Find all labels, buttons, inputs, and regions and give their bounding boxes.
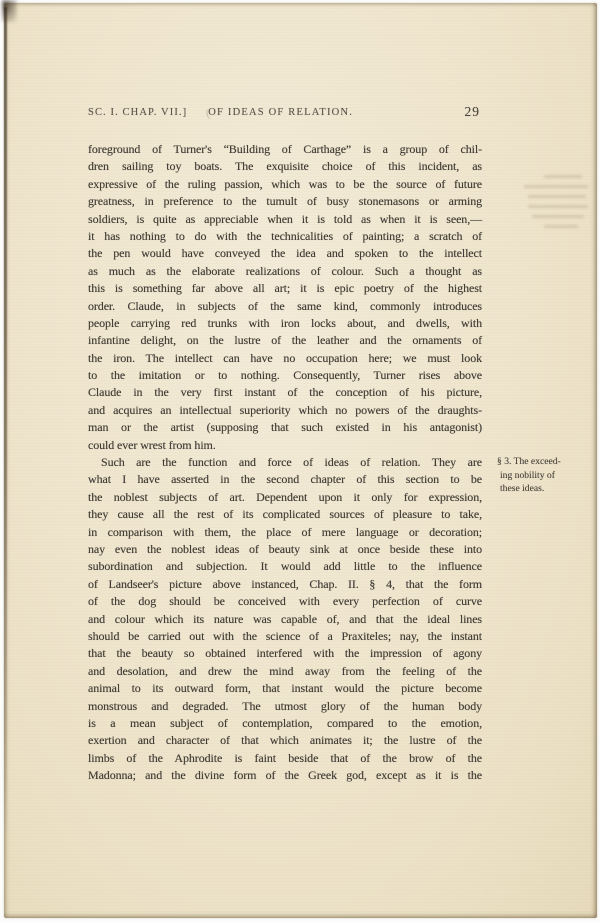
text-line: it has nothing to do with the technicali… bbox=[88, 228, 482, 245]
text-line: nay even the noblest ideas of beauty sin… bbox=[88, 541, 482, 558]
text-line: to the imitation or to nothing. Conseque… bbox=[88, 367, 482, 384]
text-line: what I have asserted in the second chapt… bbox=[88, 471, 482, 488]
text-line: greatness, in preference to the tumult o… bbox=[88, 193, 482, 210]
text-line: as much as the elaborate realizations of… bbox=[88, 263, 482, 280]
text-line: subordination and subjection. It would a… bbox=[88, 558, 482, 575]
text-line: the pen would have conveyed the idea and… bbox=[88, 245, 482, 262]
text-line: exertion and character of that which ani… bbox=[88, 732, 482, 749]
text-line: animal to its outward form, that instant… bbox=[88, 680, 482, 697]
header-running-title: OF IDEAS OF RELATION. bbox=[208, 107, 353, 118]
margin-note-section-3: § 3. The exceed-ing nobility ofthese ide… bbox=[497, 455, 583, 496]
text-line: of the dog should be conceived with ever… bbox=[88, 593, 482, 610]
reverse-page-show-through bbox=[516, 175, 588, 237]
header-section-chapter: SC. I. CHAP. VII.] bbox=[88, 107, 187, 118]
text-line: § 3. The exceed- bbox=[497, 455, 583, 469]
text-line: could ever wrest from him. bbox=[88, 437, 482, 454]
text-line: Claude in the very first instant of the … bbox=[88, 384, 482, 401]
book-scan-canvas: { "page": { "header": { "left": "SC. I. … bbox=[0, 0, 600, 922]
text-line: that the beauty so obtained interfered w… bbox=[88, 645, 482, 662]
text-line: man or the artist (supposing that such e… bbox=[88, 419, 482, 436]
text-line: infantine delight, on the lustre of the … bbox=[88, 332, 482, 349]
scan-corner-artifact bbox=[2, 0, 17, 22]
text-line: this is something far above all art; it … bbox=[88, 280, 482, 297]
text-line: and acquires an intellectual superiority… bbox=[88, 402, 482, 419]
text-line: is a mean subject of contemplation, comp… bbox=[88, 715, 482, 732]
text-line: of Landseer's picture above instanced, C… bbox=[88, 576, 482, 593]
text-line: foreground of Turner's “Building of Cart… bbox=[88, 141, 482, 158]
binding-shadow-line bbox=[4, 7, 7, 837]
paragraph-2: Such are the function and force of ideas… bbox=[88, 454, 482, 784]
text-line: ing nobility of bbox=[497, 469, 583, 483]
text-line: monstrous and degraded. The utmost glory… bbox=[88, 698, 482, 715]
text-line: the iron. The intellect can have no occu… bbox=[88, 350, 482, 367]
text-line: dren sailing toy boats. The exquisite ch… bbox=[88, 158, 482, 175]
text-line: Such are the function and force of ideas… bbox=[88, 454, 482, 471]
page-number: 29 bbox=[465, 104, 481, 120]
text-line: expressive of the ruling passion, which … bbox=[88, 176, 482, 193]
text-line: Madonna; and the divine form of the Gree… bbox=[88, 767, 482, 784]
running-header: SC. I. CHAP. VII.] ( OF IDEAS OF RELATIO… bbox=[88, 104, 482, 124]
body-text-block: foreground of Turner's “Building of Cart… bbox=[88, 141, 482, 784]
text-line: the noblest subjects of art. Dependent u… bbox=[88, 489, 482, 506]
text-line: people carrying red trunks with iron loc… bbox=[88, 315, 482, 332]
text-line: and colour which its nature was capable … bbox=[88, 611, 482, 628]
text-line: and desolation, and drew the mind away f… bbox=[88, 663, 482, 680]
text-line: in comparison with them, the place of me… bbox=[88, 524, 482, 541]
paragraph-1: foreground of Turner's “Building of Cart… bbox=[88, 141, 482, 454]
scanned-book-page: SC. I. CHAP. VII.] ( OF IDEAS OF RELATIO… bbox=[4, 3, 597, 918]
text-line: soldiers, is quite as appreciable when i… bbox=[88, 211, 482, 228]
text-line: they cause all the rest of its complicat… bbox=[88, 506, 482, 523]
text-line: limbs of the Aphrodite is faint beside t… bbox=[88, 750, 482, 767]
text-line: these ideas. bbox=[497, 482, 583, 496]
text-line: order. Claude, in subjects of the same k… bbox=[88, 298, 482, 315]
text-line: should be carried out with the science o… bbox=[88, 628, 482, 645]
